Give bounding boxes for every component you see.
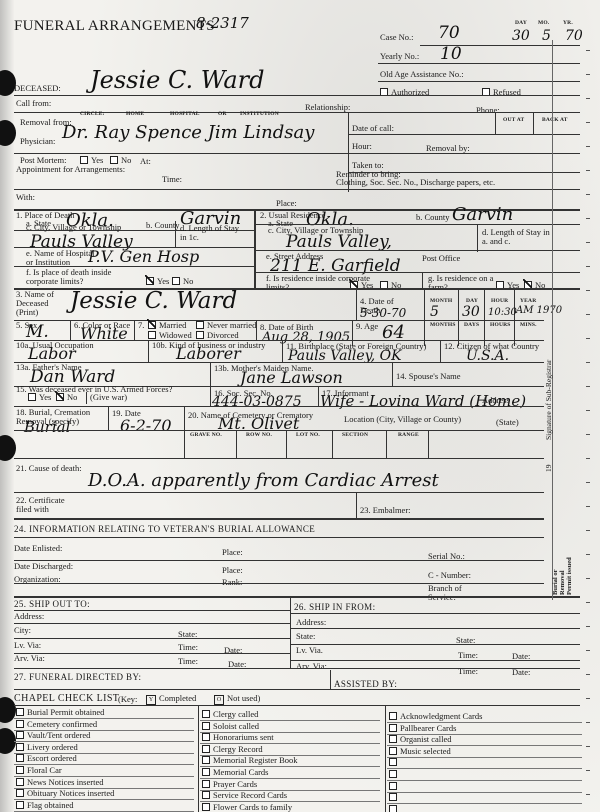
margin-tick — [586, 458, 590, 459]
checkbox-icon — [202, 745, 210, 753]
checkbox-icon — [389, 770, 397, 778]
checkbox-checked-icon — [56, 393, 64, 401]
age-days-label: DAYS — [464, 322, 479, 328]
pod-corporate-yes[interactable]: Yes — [146, 277, 169, 286]
checkbox-icon — [196, 321, 204, 329]
physician-value[interactable]: Dr. Ray Spence Jim Lindsay — [62, 122, 314, 143]
at-label: At: — [140, 157, 151, 166]
checkbox-icon — [202, 710, 210, 718]
margin-tick — [586, 170, 590, 171]
ship-out-address-label: Address: — [14, 612, 44, 621]
rule — [14, 610, 290, 611]
never-married-checkbox[interactable]: Never married — [196, 321, 256, 330]
permit-issued-label: Burial or Removal Permit issued — [552, 553, 573, 595]
rule — [14, 689, 580, 690]
month-label: MO. — [538, 20, 549, 26]
rule — [514, 290, 515, 346]
age-months-label: MONTHS — [430, 322, 456, 328]
checklist-item[interactable]: Music selected — [389, 746, 451, 756]
year-prefix: 19 — [544, 465, 553, 473]
appointment-time-label: Time: — [162, 175, 182, 184]
checklist-item[interactable]: Escort ordered — [16, 753, 77, 763]
checklist-item-label: Honorariums sent — [213, 732, 274, 742]
rule — [14, 518, 544, 520]
checklist-item[interactable]: Livery ordered — [16, 742, 78, 752]
widowed-checkbox[interactable]: Widowed — [148, 331, 192, 340]
give-war-label: (Give war) — [90, 393, 127, 402]
checklist-item[interactable]: News Notices inserted — [16, 777, 103, 787]
rule — [14, 653, 290, 654]
pod-corporate-no[interactable]: No — [172, 277, 193, 286]
range-label: RANGE — [398, 432, 419, 438]
rule — [286, 430, 287, 458]
rule — [14, 458, 544, 459]
checklist-item-label: Burial Permit obtained — [27, 707, 104, 717]
rule — [387, 768, 582, 769]
res-length-label: d. Length of Stay in a. and c. — [482, 228, 552, 246]
margin-tick — [586, 50, 590, 51]
checklist-item[interactable]: Clergy called — [202, 709, 258, 719]
rule — [378, 81, 580, 82]
ship-in-address-label: Address: — [296, 618, 326, 627]
pod-length-label: d. Length of Stay in 1c. — [180, 224, 240, 242]
key-not-used-icon: O — [214, 695, 224, 705]
death-day-value[interactable]: 30 — [462, 304, 480, 320]
date-discharged-label: Date Discharged: — [14, 562, 73, 571]
armed-no[interactable]: No — [56, 393, 77, 402]
checkbox-checked-icon — [148, 321, 156, 329]
checklist-item-label: Escort ordered — [27, 753, 77, 763]
married-label: Married — [159, 320, 186, 330]
checklist-item-label: Flower Cards to family — [213, 802, 292, 812]
removal-home[interactable]: HOME — [126, 111, 144, 117]
key-not-used-label: Not used) — [227, 693, 260, 703]
margin-rule — [552, 40, 553, 600]
rule — [134, 320, 135, 340]
checklist-item[interactable]: Obituary Notices inserted — [16, 788, 114, 798]
out-at-label: OUT AT — [503, 117, 524, 123]
discharged-place-label: Place: — [222, 566, 243, 575]
checklist-item-label: Cemetery confirmed — [27, 719, 97, 729]
no-label: No — [183, 276, 193, 286]
ship-out-arv-time-label: Time: — [178, 657, 198, 666]
rule — [330, 670, 331, 690]
checklist-item[interactable]: Cemetery confirmed — [16, 719, 97, 729]
physician-label: Physician: — [20, 137, 55, 146]
checklist-item[interactable]: Vault/Tent ordered — [16, 730, 90, 740]
rule — [356, 290, 357, 320]
removal-by-label: Removal by: — [426, 144, 470, 153]
ship-in-arv-via-label: Arv. Via: — [296, 662, 327, 671]
sex-value[interactable]: M. — [26, 322, 49, 342]
rule — [290, 628, 580, 629]
ship-out-heading: 25. SHIP OUT TO: — [14, 599, 90, 609]
rule — [14, 596, 580, 598]
marital-label: 7. — [138, 321, 144, 330]
ship-in-lv-via-label: Lv. Via. — [296, 646, 323, 655]
relationship-label: Relationship: — [305, 103, 350, 112]
checkbox-icon — [389, 758, 397, 766]
yearly-no-label: Yearly No.: — [380, 52, 419, 61]
checklist-item[interactable]: Service Record Cards — [202, 790, 287, 800]
checklist-item[interactable]: Prayer Cards — [202, 779, 257, 789]
yes-label: Yes — [39, 392, 51, 402]
rule — [290, 596, 291, 668]
cause-of-death-label: 21. Cause of death: — [16, 464, 82, 473]
margin-tick — [586, 530, 590, 531]
rule — [332, 430, 333, 458]
checklist-item-label: Service Record Cards — [213, 790, 287, 800]
rule — [256, 320, 257, 340]
checklist-item[interactable]: Organist called — [389, 734, 452, 744]
key-completed-label: Completed — [159, 693, 196, 703]
spouse-label: 14. Spouse's Name — [396, 372, 461, 381]
rule — [348, 134, 580, 135]
rule — [533, 112, 534, 134]
with-label: With: — [16, 193, 35, 202]
rule — [14, 189, 580, 190]
margin-tick — [586, 482, 590, 483]
margin-tick — [586, 674, 590, 675]
res-city-value[interactable]: Pauls Valley, — [286, 232, 392, 252]
checkbox-icon — [202, 756, 210, 764]
checkbox-icon — [202, 791, 210, 799]
widowed-label: Widowed — [159, 330, 192, 340]
margin-tick — [586, 578, 590, 579]
margin-tick — [586, 434, 590, 435]
checkbox-icon — [110, 156, 118, 164]
checklist-item[interactable] — [389, 757, 400, 767]
removal-circle: CIRCLE: — [80, 111, 105, 117]
enlisted-place-label: Place: — [222, 548, 243, 557]
checklist-item-label: Clergy Record — [213, 744, 263, 754]
case-no-label: Case No.: — [380, 33, 414, 42]
checklist-item-label: Clergy called — [213, 709, 258, 719]
checklist-item[interactable]: Memorial Cards — [202, 767, 268, 777]
checkbox-icon — [389, 793, 397, 801]
checklist-key-label: (Key: — [118, 695, 137, 704]
ship-out-lv-via-label: Lv. Via: — [14, 641, 41, 650]
rule — [356, 492, 357, 518]
ship-in-state-label: State: — [296, 632, 315, 641]
death-hour-value[interactable]: 10:30 — [488, 307, 517, 318]
death-month-value[interactable]: 5 — [430, 304, 439, 320]
rule — [14, 537, 544, 538]
phone-label: Phone: — [476, 106, 500, 115]
pod-hospital-value[interactable]: P.V. Gen Hosp — [88, 247, 199, 266]
checklist-item-label: Memorial Cards — [213, 767, 268, 777]
rule — [387, 780, 582, 781]
checklist-item[interactable]: Burial Permit obtained — [16, 707, 104, 717]
margin-tick — [586, 98, 590, 99]
margin-tick — [586, 122, 590, 123]
checklist-item-label: Floral Car — [27, 765, 62, 775]
margin-tick — [586, 362, 590, 363]
checklist-item[interactable] — [389, 769, 400, 779]
checkbox-icon — [16, 743, 24, 751]
margin-tick — [586, 626, 590, 627]
yearly-no-value[interactable]: 10 — [440, 44, 462, 64]
reminder-items: Clothing, Soc. Sec. No., Discharge paper… — [336, 178, 495, 187]
rule — [175, 221, 176, 247]
rule — [14, 560, 544, 561]
rule — [236, 430, 237, 458]
margin-tick — [586, 218, 590, 219]
case-day[interactable]: 30 — [512, 28, 530, 44]
rule — [14, 95, 580, 96]
checklist-item-label: Organist called — [400, 734, 452, 744]
married-checkbox[interactable]: Married — [148, 321, 186, 330]
rule — [70, 320, 71, 340]
death-year-label: YEAR — [520, 298, 536, 304]
checklist-item-label: Music selected — [400, 746, 451, 756]
name-value[interactable]: Jessie C. Ward — [70, 288, 237, 314]
rule — [424, 290, 425, 346]
rule — [14, 492, 544, 493]
checkbox-icon — [16, 801, 24, 809]
name-label: 3. Name of Deceased (Print) — [16, 290, 56, 317]
margin-tick — [586, 410, 590, 411]
branch-label: Branch of Service: — [428, 584, 478, 602]
rule — [385, 705, 386, 812]
margin-tick — [586, 698, 590, 699]
key-completed: YCompleted — [146, 694, 196, 705]
embalmer-label: 23. Embalmer: — [360, 506, 411, 515]
divorced-checkbox[interactable]: Divorced — [196, 331, 239, 340]
post-office-label: Post Office — [422, 254, 460, 263]
rule — [386, 430, 387, 458]
rule — [210, 362, 211, 388]
funeral-arrangements-form: FUNERAL ARRANGEMENTS 8-2317 Case No.: 70… — [0, 0, 600, 812]
death-hour-label: HOUR — [491, 298, 508, 304]
section-label: SECTION — [342, 432, 368, 438]
margin-tick — [586, 242, 590, 243]
form-title: FUNERAL ARRANGEMENTS — [14, 18, 215, 35]
checkbox-icon — [389, 735, 397, 743]
no-label: No — [67, 392, 77, 402]
never-married-label: Never married — [207, 320, 256, 330]
res-county-value[interactable]: Garvin — [452, 204, 513, 225]
checkbox-icon — [16, 720, 24, 728]
pod-corporate-label: f. Is place of death inside corporate li… — [26, 268, 136, 286]
checkbox-icon — [202, 803, 210, 811]
checklist-item-label: Prayer Cards — [213, 779, 257, 789]
checkbox-icon — [389, 782, 397, 790]
rule — [458, 290, 459, 346]
rule — [290, 613, 580, 614]
row-no-label: ROW NO. — [246, 432, 272, 438]
rule — [14, 406, 544, 407]
directed-by-label: 27. FUNERAL DIRECTED BY: — [14, 672, 141, 682]
rule — [14, 638, 290, 639]
rule — [392, 362, 393, 386]
deceased-value[interactable]: Jessie C. Ward — [90, 66, 264, 94]
margin-tick — [586, 650, 590, 651]
lot-no-label: LOT NO. — [296, 432, 320, 438]
ship-out-lv-time-label: Time: — [178, 643, 198, 652]
rule — [148, 340, 149, 362]
checklist-item-label: Acknowledgment Cards — [400, 711, 482, 721]
margin-tick — [586, 746, 590, 747]
case-year[interactable]: 70 — [565, 28, 583, 44]
checklist-item[interactable]: Honorariums sent — [202, 732, 274, 742]
rule — [290, 644, 580, 645]
pod-hospital-label: e. Name of Hospital or Institution — [26, 249, 96, 267]
margin-tick — [586, 338, 590, 339]
margin-tick — [586, 602, 590, 603]
margin-tick — [586, 290, 590, 291]
rule — [378, 63, 580, 64]
rule — [14, 430, 544, 431]
armed-yes[interactable]: Yes — [28, 393, 51, 402]
back-at-label: BACK AT — [542, 117, 568, 123]
removal-institution[interactable]: INSTITUTION — [240, 111, 279, 117]
date-of-call-label: Date of call: — [352, 124, 394, 133]
age-hours-label: HOURS — [490, 322, 511, 328]
checklist-heading: CHAPEL CHECK LIST — [14, 693, 119, 704]
checkbox-icon — [202, 768, 210, 776]
checklist-item[interactable] — [389, 781, 400, 791]
key-completed-icon: Y — [146, 695, 156, 705]
file-number: 8-2317 — [196, 14, 249, 32]
checklist-item[interactable] — [389, 804, 400, 812]
checklist-item[interactable]: Flag obtained — [16, 800, 74, 810]
checkbox-icon — [389, 805, 397, 812]
burial-value[interactable]: Burial — [24, 418, 70, 436]
margin-tick — [586, 770, 590, 771]
checkbox-icon — [172, 277, 180, 285]
checklist-item[interactable]: Clergy Record — [202, 744, 263, 754]
checkbox-icon — [16, 778, 24, 786]
checkbox-icon — [389, 712, 397, 720]
checkbox-icon — [389, 747, 397, 755]
rule — [14, 623, 290, 624]
margin-tick — [586, 554, 590, 555]
checkbox-icon — [16, 731, 24, 739]
margin-tick — [586, 794, 590, 795]
margin-tick — [586, 74, 590, 75]
checkbox-icon — [202, 780, 210, 788]
checkbox-icon — [389, 724, 397, 732]
occupation-value[interactable]: Labor — [28, 344, 76, 363]
rule — [290, 660, 580, 661]
veteran-heading: 24. INFORMATION RELATING TO VETERAN'S BU… — [14, 524, 315, 534]
hour-label: Hour: — [352, 142, 372, 151]
checklist-item-label: Livery ordered — [27, 742, 78, 752]
year-label: YR. — [563, 20, 573, 26]
mother-value[interactable]: Jane Lawson — [240, 368, 343, 387]
checklist-item[interactable]: Soloist called — [202, 721, 259, 731]
ship-out-arv-via-label: Arv. Via: — [14, 654, 45, 663]
business-value[interactable]: Laborer — [176, 344, 241, 363]
date-of-death-value[interactable]: 5-30-70 — [360, 306, 406, 320]
ship-in-arv-date-label: Date: — [512, 668, 530, 677]
rule — [210, 386, 211, 406]
rule — [422, 272, 423, 288]
certificate-label: 22. Certificate filed with — [16, 496, 76, 514]
checklist-item-label: Memorial Register Book — [213, 755, 298, 765]
checklist-item[interactable] — [389, 792, 400, 802]
checkbox-icon — [202, 722, 210, 730]
call-from-label: Call from: — [16, 99, 51, 108]
case-month[interactable]: 5 — [542, 28, 551, 44]
rule — [282, 340, 283, 362]
yes-label: Yes — [157, 276, 169, 286]
assisted-by-label: ASSISTED BY: — [334, 679, 397, 689]
checklist-item[interactable]: Memorial Register Book — [202, 755, 298, 765]
checkbox-icon — [16, 766, 24, 774]
checkbox-icon — [28, 393, 36, 401]
ship-out-city-label: City: — [14, 626, 31, 635]
rule — [387, 792, 582, 793]
rule — [14, 153, 580, 154]
age-label: 9. Age — [356, 322, 378, 331]
margin-tick — [586, 722, 590, 723]
sub-registrar-label: Signature of Sub-Registrar — [544, 360, 553, 440]
checklist-item-label: Vault/Tent ordered — [27, 730, 90, 740]
rule — [254, 210, 256, 288]
burial-date-value[interactable]: 6-2-70 — [120, 416, 172, 435]
checklist-item-label: News Notices inserted — [27, 777, 103, 787]
divorced-label: Divorced — [207, 330, 239, 340]
day-label: DAY — [515, 20, 527, 26]
margin-tick — [586, 146, 590, 147]
pod-city-label: c. City, Village or Township — [26, 223, 121, 232]
margin-tick — [586, 266, 590, 267]
rule — [495, 112, 496, 134]
address-label: Address — [482, 396, 510, 405]
age-mins-label: MINS. — [520, 322, 537, 328]
death-year-value[interactable]: AM 1970 — [516, 305, 562, 316]
cause-of-death-value[interactable]: D.O.A. apparently from Cardiac Arrest — [88, 470, 439, 491]
checkbox-icon — [196, 331, 204, 339]
rule — [14, 668, 580, 669]
rule — [428, 430, 429, 458]
checklist-item-label: Pallbearer Cards — [400, 723, 456, 733]
grave-no-label: GRAVE NO. — [190, 432, 222, 438]
res-county-label: b. County — [416, 213, 450, 222]
checkbox-icon — [16, 754, 24, 762]
checklist-item[interactable]: Acknowledgment Cards — [389, 711, 482, 721]
checklist-item-label: Flag obtained — [27, 800, 74, 810]
appointment-label: Appointment for Arrangements: — [16, 165, 125, 174]
rule — [318, 386, 319, 406]
margin-tick — [586, 506, 590, 507]
checklist-item[interactable]: Pallbearer Cards — [389, 723, 456, 733]
rule — [198, 705, 199, 812]
checkbox-icon — [16, 708, 24, 716]
ssn-value[interactable]: 444-03-0875 — [212, 394, 302, 410]
ship-in-lv-time-label: Time: — [458, 651, 478, 660]
margin-tick — [586, 194, 590, 195]
checklist-item[interactable]: Floral Car — [16, 765, 62, 775]
checklist-item-label: Soloist called — [213, 721, 259, 731]
rule — [387, 803, 582, 804]
checkbox-icon — [16, 789, 24, 797]
checklist-item[interactable]: Flower Cards to family — [202, 802, 292, 812]
key-not-used: ONot used) — [214, 694, 260, 705]
checkbox-icon — [148, 331, 156, 339]
rule — [86, 392, 87, 404]
case-no-value[interactable]: 70 — [438, 23, 460, 43]
checkbox-icon — [80, 156, 88, 164]
location-label: Location (City, Village or County) — [344, 415, 461, 424]
rule — [440, 340, 441, 362]
old-age-label: Old Age Assistance No.: — [380, 70, 464, 79]
checklist-item-label: Obituary Notices inserted — [27, 788, 114, 798]
removal-hospital[interactable]: HOSPITAL — [170, 111, 200, 117]
checkbox-checked-icon — [146, 277, 154, 285]
